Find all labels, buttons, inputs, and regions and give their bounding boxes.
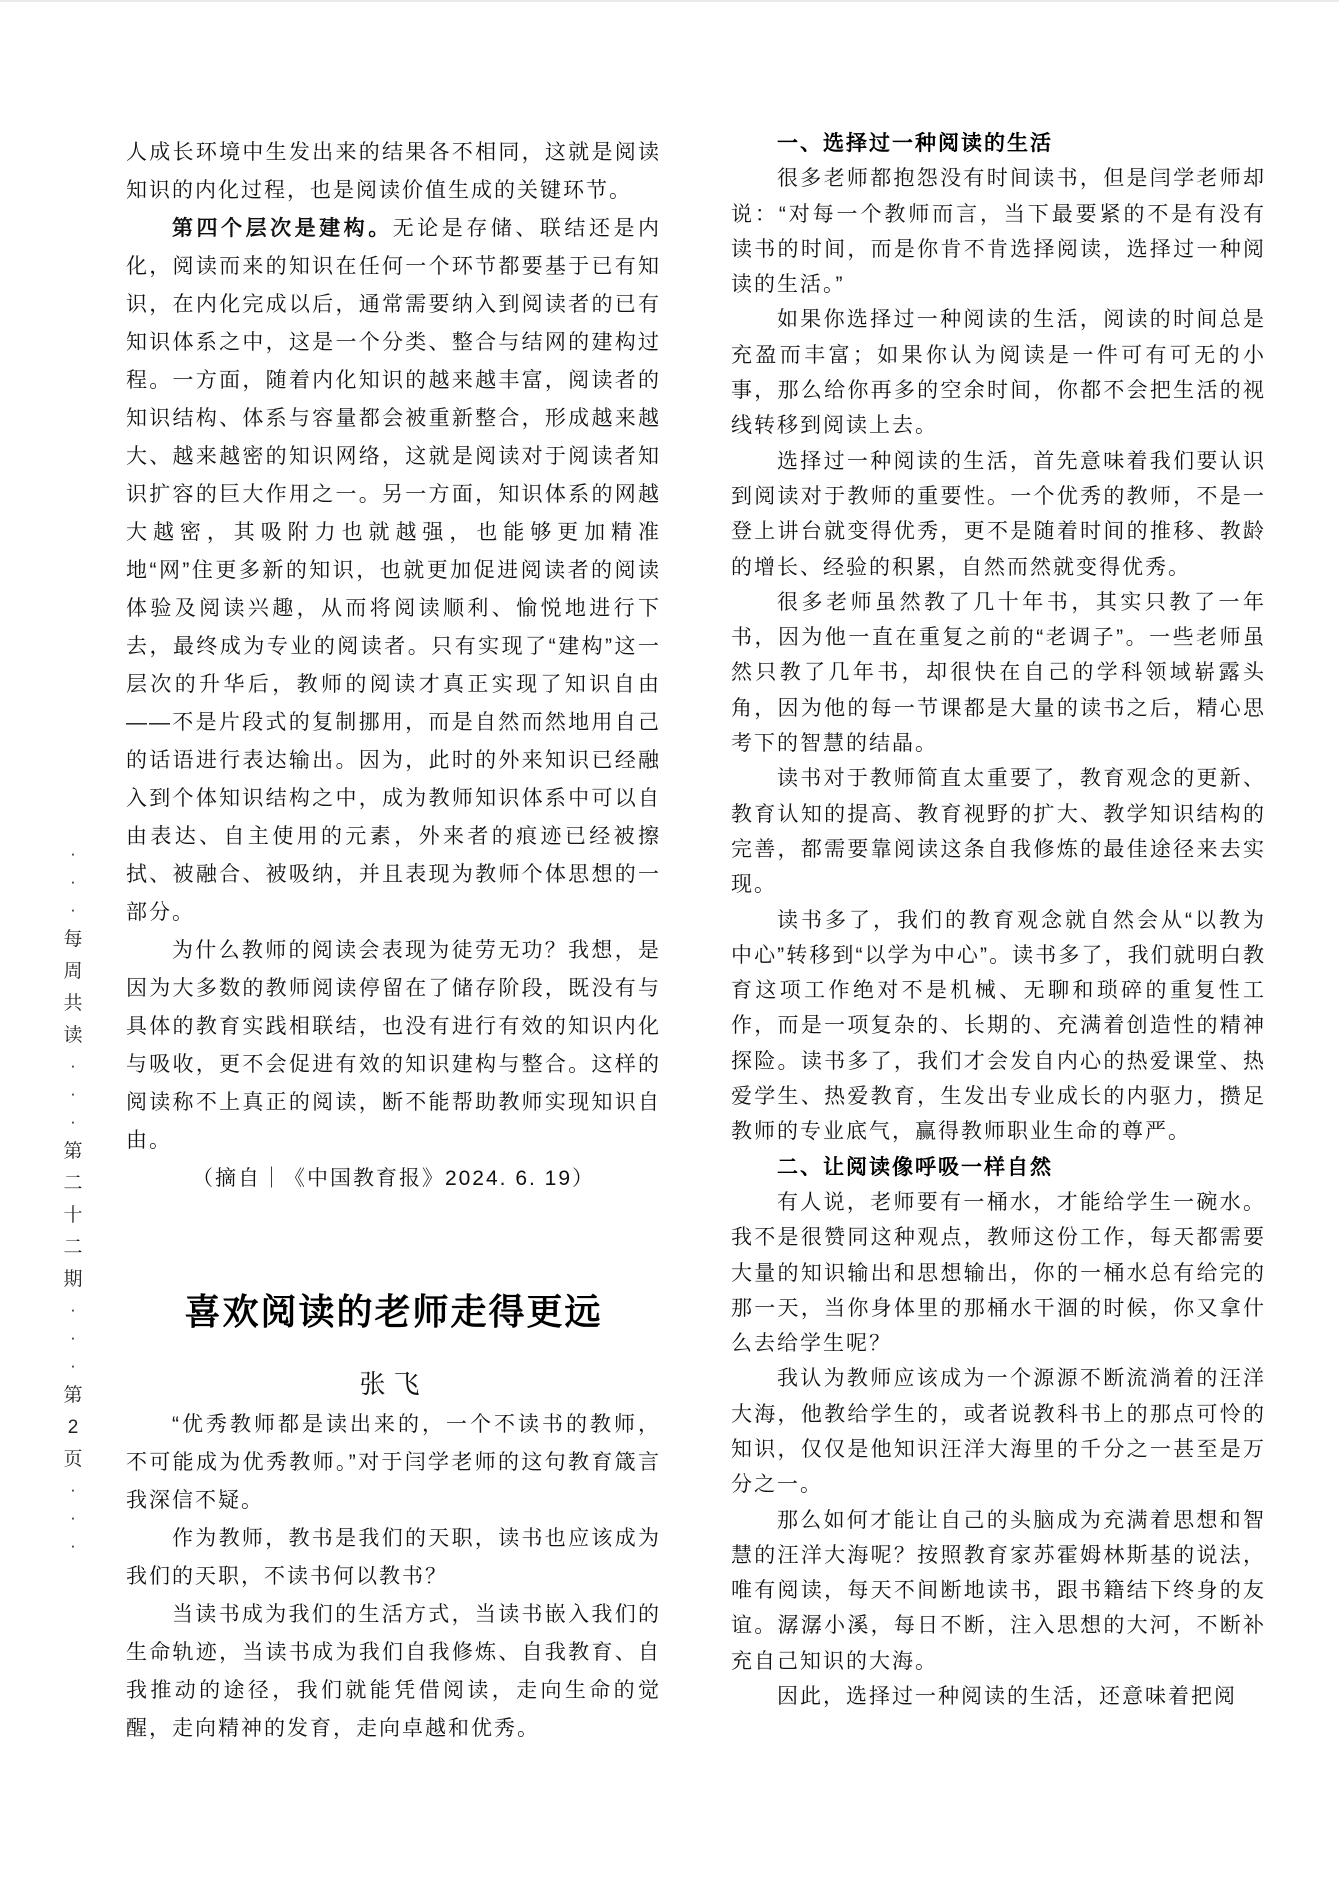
sidebar-glyph: 每	[63, 924, 82, 956]
section-paragraph: 我认为教师应该成为一个源源不断流淌着的汪洋大海，他教给学生的，或者说教科书上的那…	[731, 1361, 1266, 1502]
sidebar-dot: ·	[70, 1504, 76, 1532]
sidebar-glyph: 二	[63, 1232, 82, 1264]
sidebar-glyph: 页	[63, 1444, 82, 1476]
sidebar-vertical-text: ···每周共读···第二十二期···第2页···	[56, 840, 90, 1560]
left-column: 人成长环境中生发出来的结果各不相同，这就是阅读知识的内化过程，也是阅读价值生成的…	[126, 134, 661, 1748]
article-title: 喜欢阅读的老师走得更远	[126, 1290, 661, 1334]
sidebar-dot: ·	[70, 1052, 76, 1080]
sidebar-dot: ·	[70, 840, 76, 868]
right-column: 一、选择过一种阅读的生活 很多老师都抱怨没有时间读书，但是闫学老师却说：“对每一…	[731, 126, 1266, 1714]
sidebar-dot: ·	[70, 1476, 76, 1504]
section-paragraph: 有人说，老师要有一桶水，才能给学生一碗水。我不是很赞同这种观点，教师这份工作，每…	[731, 1185, 1266, 1361]
article-body: “优秀教师都是读出来的，一个不读书的教师，不可能成为优秀教师。”对于闫学老师的这…	[126, 1406, 661, 1748]
section-paragraph: 如果你选择过一种阅读的生活，阅读的时间总是充盈而丰富；如果你认为阅读是一件可有可…	[731, 302, 1266, 443]
source-attribution: （摘自｜《中国教育报》2024. 6. 19）	[126, 1160, 661, 1198]
section-paragraph: 选择过一种阅读的生活，首先意味着我们要认识到阅读对于教师的重要性。一个优秀的教师…	[731, 444, 1266, 585]
article-paragraph: 当读书成为我们的生活方式，当读书嵌入我们的生命轨迹，当读书成为我们自我修炼、自我…	[126, 1596, 661, 1748]
sidebar-glyph: 二	[63, 1168, 82, 1200]
paragraph-text: 无论是存储、联结还是内化，阅读而来的知识在任何一个环节都要基于已有知识，在内化完…	[126, 217, 661, 924]
sidebar-dot: ·	[70, 1324, 76, 1352]
section-paragraph: 读书对于教师简直太重要了，教育观念的更新、教育认知的提高、教育视野的扩大、教学知…	[731, 761, 1266, 902]
paragraph-lead-bold: 第四个层次是建构。	[172, 217, 393, 240]
paragraph: 为什么教师的阅读会表现为徒劳无功？我想，是因为大多数的教师阅读停留在了储存阶段，…	[126, 932, 661, 1160]
article-paragraph: “优秀教师都是读出来的，一个不读书的教师，不可能成为优秀教师。”对于闫学老师的这…	[126, 1406, 661, 1520]
sidebar-dot: ·	[70, 1352, 76, 1380]
sidebar-glyph: 十	[63, 1200, 82, 1232]
paragraph: 人成长环境中生发出来的结果各不相同，这就是阅读知识的内化过程，也是阅读价值生成的…	[126, 134, 661, 210]
section-paragraph: 读书多了，我们的教育观念就自然会从“以教为中心”转移到“以学为中心”。读书多了，…	[731, 903, 1266, 1150]
sidebar-dot: ·	[70, 1080, 76, 1108]
paragraph: 第四个层次是建构。无论是存储、联结还是内化，阅读而来的知识在任何一个环节都要基于…	[126, 210, 661, 932]
sidebar-glyph: 2	[68, 1412, 79, 1444]
section-paragraph: 很多老师都抱怨没有时间读书，但是闫学老师却说：“对每一个教师而言，当下最要紧的不…	[731, 161, 1266, 302]
sidebar-dot: ·	[70, 868, 76, 896]
sidebar-dot: ·	[70, 896, 76, 924]
sidebar-dot: ·	[70, 1296, 76, 1324]
sidebar-glyph: 共	[63, 988, 82, 1020]
sidebar-glyph: 第	[63, 1136, 82, 1168]
sidebar-glyph: 期	[63, 1264, 82, 1296]
section-paragraph: 因此，选择过一种阅读的生活，还意味着把阅	[731, 1679, 1266, 1714]
sidebar-glyph: 读	[63, 1020, 82, 1052]
section-heading: 二、让阅读像呼吸一样自然	[731, 1150, 1266, 1185]
article-author: 张飞	[126, 1367, 661, 1401]
sidebar-glyph: 周	[63, 956, 82, 988]
section-paragraph: 那么如何才能让自己的头脑成为充满着思想和智慧的汪洋大海呢？按照教育家苏霍姆林斯基…	[731, 1503, 1266, 1679]
section-heading: 一、选择过一种阅读的生活	[731, 126, 1266, 161]
section-paragraph: 很多老师虽然教了几十年书，其实只教了一年书，因为他一直在重复之前的“老调子”。一…	[731, 585, 1266, 761]
newspaper-page: ···每周共读···第二十二期···第2页··· 人成长环境中生发出来的结果各不…	[0, 0, 1339, 1896]
sidebar-dot: ·	[70, 1108, 76, 1136]
article-paragraph: 作为教师，教书是我们的天职，读书也应该成为我们的天职，不读书何以教书？	[126, 1520, 661, 1596]
sidebar-glyph: 第	[63, 1380, 82, 1412]
sidebar-dot: ·	[70, 1532, 76, 1560]
